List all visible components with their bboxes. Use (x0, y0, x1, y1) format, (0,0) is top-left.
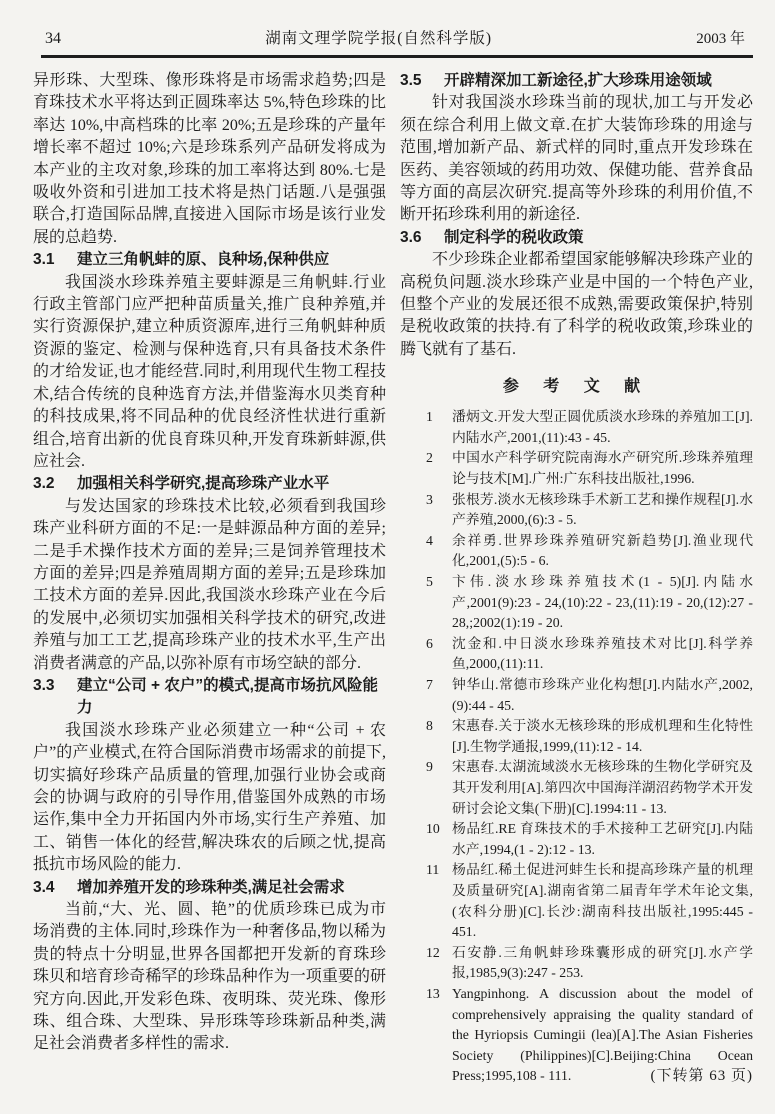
reference-text: 沈金和.中日淡水珍珠养殖技术对比[J].科学养鱼,2000,(11):11. (452, 634, 753, 675)
reference-item: 7 钟华山.常德市珍珠产业化构想[J].内陆水产,2002,(9):44 - 4… (400, 675, 753, 716)
references-list: 1 潘炳文.开发大型正圆优质淡水珍珠的养殖加工[J].内陆水产,2001,(11… (400, 407, 753, 1087)
section-body-3-3: 我国淡水珍珠产业必须建立一种“公司 + 农户”的产业模式,在符合国际消费市场需求… (33, 720, 386, 877)
section-body-3-4: 当前,“大、光、圆、艳”的优质珍珠已成为市场消费的主体.同时,珍珠作为一种奢侈品… (33, 899, 386, 1056)
reference-number: 10 (426, 819, 452, 860)
reference-item: 11 杨品红.稀土促进河蚌生长和提高珍珠产量的机理及质量研究[A].湖南省第二届… (400, 860, 753, 942)
section-heading-3-6: 3.6 制定科学的税收政策 (400, 227, 753, 249)
section-heading-3-4: 3.4 增加养殖开发的珍珠种类,满足社会需求 (33, 877, 386, 899)
reference-text: 钟华山.常德市珍珠产业化构想[J].内陆水产,2002,(9):44 - 45. (452, 675, 753, 716)
journal-page: 34 湖南文理学院学报(自然科学版) 2003 年 异形珠、大型珠、像形珠将是市… (0, 0, 775, 1114)
reference-text: 卞伟.淡水珍珠养殖技术(1 - 5)[J].内陆水产,2001(9):23 - … (452, 572, 753, 634)
section-number: 3.5 (400, 70, 444, 92)
reference-text: 余祥勇.世界珍珠养殖研究新趋势[J].渔业现代化,2001,(5):5 - 6. (452, 531, 753, 572)
reference-number: 7 (426, 675, 452, 716)
section-number: 3.6 (400, 227, 444, 249)
section-heading-3-5: 3.5 开辟精深加工新途径,扩大珍珠用途领域 (400, 70, 753, 92)
reference-number: 8 (426, 716, 452, 757)
section-heading-3-1: 3.1 建立三角帆蚌的原、良种场,保种供应 (33, 249, 386, 271)
section-title: 增加养殖开发的珍珠种类,满足社会需求 (77, 877, 386, 899)
section-body-3-2: 与发达国家的珍珠技术比较,必须看到我国珍珠产业科研方面的不足:一是蚌源品种方面的… (33, 496, 386, 675)
reference-item: 3 张根芳.淡水无核珍珠手术新工艺和操作规程[J].水产养殖,2000,(6):… (400, 490, 753, 531)
section-body-3-5: 针对我国淡水珍珠当前的现状,加工与开发必须在综合利用上做文章.在扩大装饰珍珠的用… (400, 92, 753, 226)
journal-title: 湖南文理学院学报(自然科学版) (265, 26, 492, 48)
reference-item: 10 杨品红.RE 育珠技术的手术接种工艺研究[J].内陆水产,1994,(1 … (400, 819, 753, 860)
reference-text: 杨品红.RE 育珠技术的手术接种工艺研究[J].内陆水产,1994,(1 - 2… (452, 819, 753, 860)
section-body-3-6: 不少珍珠企业都希望国家能够解决珍珠产业的高税负问题.淡水珍珠产业是中国的一个特色… (400, 249, 753, 361)
reference-item: 2 中国水产科学研究院南海水产研究所.珍珠养殖理论与技术[M].广州:广东科技出… (400, 448, 753, 489)
reference-number: 11 (426, 860, 452, 942)
reference-item: 4 余祥勇.世界珍珠养殖研究新趋势[J].渔业现代化,2001,(5):5 - … (400, 531, 753, 572)
section-number: 3.3 (33, 675, 77, 720)
section-title: 建立三角帆蚌的原、良种场,保种供应 (77, 249, 386, 271)
reference-item: 1 潘炳文.开发大型正圆优质淡水珍珠的养殖加工[J].内陆水产,2001,(11… (400, 407, 753, 448)
reference-item: 12 石安静.三角帆蚌珍珠囊形成的研究[J].水产学报,1985,9(3):24… (400, 943, 753, 984)
section-body-3-1: 我国淡水珍珠养殖主要蚌源是三角帆蚌.行业行政主管部门应严把种苗质量关,推广良种养… (33, 272, 386, 474)
section-title: 建立“公司 + 农户”的模式,提高市场抗风险能力 (77, 675, 386, 720)
reference-text: 宋惠春.太湖流域淡水无核珍珠的生物化学研究及其开发利用[A].第四次中国海洋湖沼… (452, 757, 753, 819)
reference-number: 4 (426, 531, 452, 572)
reference-text: 杨品红.稀土促进河蚌生长和提高珍珠产量的机理及质量研究[A].湖南省第二届青年学… (452, 860, 753, 942)
reference-number: 2 (426, 448, 452, 489)
reference-number: 3 (426, 490, 452, 531)
section-heading-3-2: 3.2 加强相关科学研究,提高珍珠产业水平 (33, 473, 386, 495)
section-title: 制定科学的税收政策 (444, 227, 753, 249)
reference-text: Yangpinhong. A discussion about the mode… (452, 984, 753, 1087)
continued-paragraph: 异形珠、大型珠、像形珠将是市场需求趋势;四是育珠技术水平将达到正圆珠率达 5%,… (33, 70, 386, 249)
header-rule (41, 55, 753, 58)
reference-number: 1 (426, 407, 452, 448)
reference-text: 石安静.三角帆蚌珍珠囊形成的研究[J].水产学报,1985,9(3):247 -… (452, 943, 753, 984)
section-number: 3.1 (33, 249, 77, 271)
reference-number: 12 (426, 943, 452, 984)
reference-number: 5 (426, 572, 452, 634)
reference-item: 6 沈金和.中日淡水珍珠养殖技术对比[J].科学养鱼,2000,(11):11. (400, 634, 753, 675)
section-number: 3.2 (33, 473, 77, 495)
section-number: 3.4 (33, 877, 77, 899)
right-column: 3.5 开辟精深加工新途径,扩大珍珠用途领域 针对我国淡水珍珠当前的现状,加工与… (400, 70, 753, 1087)
reference-number: 9 (426, 757, 452, 819)
two-column-body: 异形珠、大型珠、像形珠将是市场需求趋势;四是育珠技术水平将达到正圆珠率达 5%,… (33, 70, 753, 1087)
continued-on-page-note: (下转第 63 页) (645, 1066, 754, 1087)
year-label: 2003 年 (696, 27, 745, 48)
reference-text: 中国水产科学研究院南海水产研究所.珍珠养殖理论与技术[M].广州:广东科技出版社… (452, 448, 753, 489)
page-number: 34 (45, 30, 61, 48)
section-title: 开辟精深加工新途径,扩大珍珠用途领域 (444, 70, 753, 92)
running-head: 34 湖南文理学院学报(自然科学版) 2003 年 (33, 26, 753, 48)
references-heading: 参 考 文 献 (400, 375, 753, 399)
reference-item: 5 卞伟.淡水珍珠养殖技术(1 - 5)[J].内陆水产,2001(9):23 … (400, 572, 753, 634)
reference-item-last: 13 Yangpinhong. A discussion about the m… (400, 984, 753, 1087)
reference-number: 6 (426, 634, 452, 675)
section-heading-3-3: 3.3 建立“公司 + 农户”的模式,提高市场抗风险能力 (33, 675, 386, 720)
left-column: 异形珠、大型珠、像形珠将是市场需求趋势;四是育珠技术水平将达到正圆珠率达 5%,… (33, 70, 386, 1087)
reference-item: 8 宋惠春.关于淡水无核珍珠的形成机理和生化特性[J].生物学通报,1999,(… (400, 716, 753, 757)
reference-text: 宋惠春.关于淡水无核珍珠的形成机理和生化特性[J].生物学通报,1999,(11… (452, 716, 753, 757)
reference-text: 张根芳.淡水无核珍珠手术新工艺和操作规程[J].水产养殖,2000,(6):3 … (452, 490, 753, 531)
reference-item: 9 宋惠春.太湖流域淡水无核珍珠的生物化学研究及其开发利用[A].第四次中国海洋… (400, 757, 753, 819)
reference-number: 13 (426, 984, 452, 1087)
section-title: 加强相关科学研究,提高珍珠产业水平 (77, 473, 386, 495)
reference-text: 潘炳文.开发大型正圆优质淡水珍珠的养殖加工[J].内陆水产,2001,(11):… (452, 407, 753, 448)
